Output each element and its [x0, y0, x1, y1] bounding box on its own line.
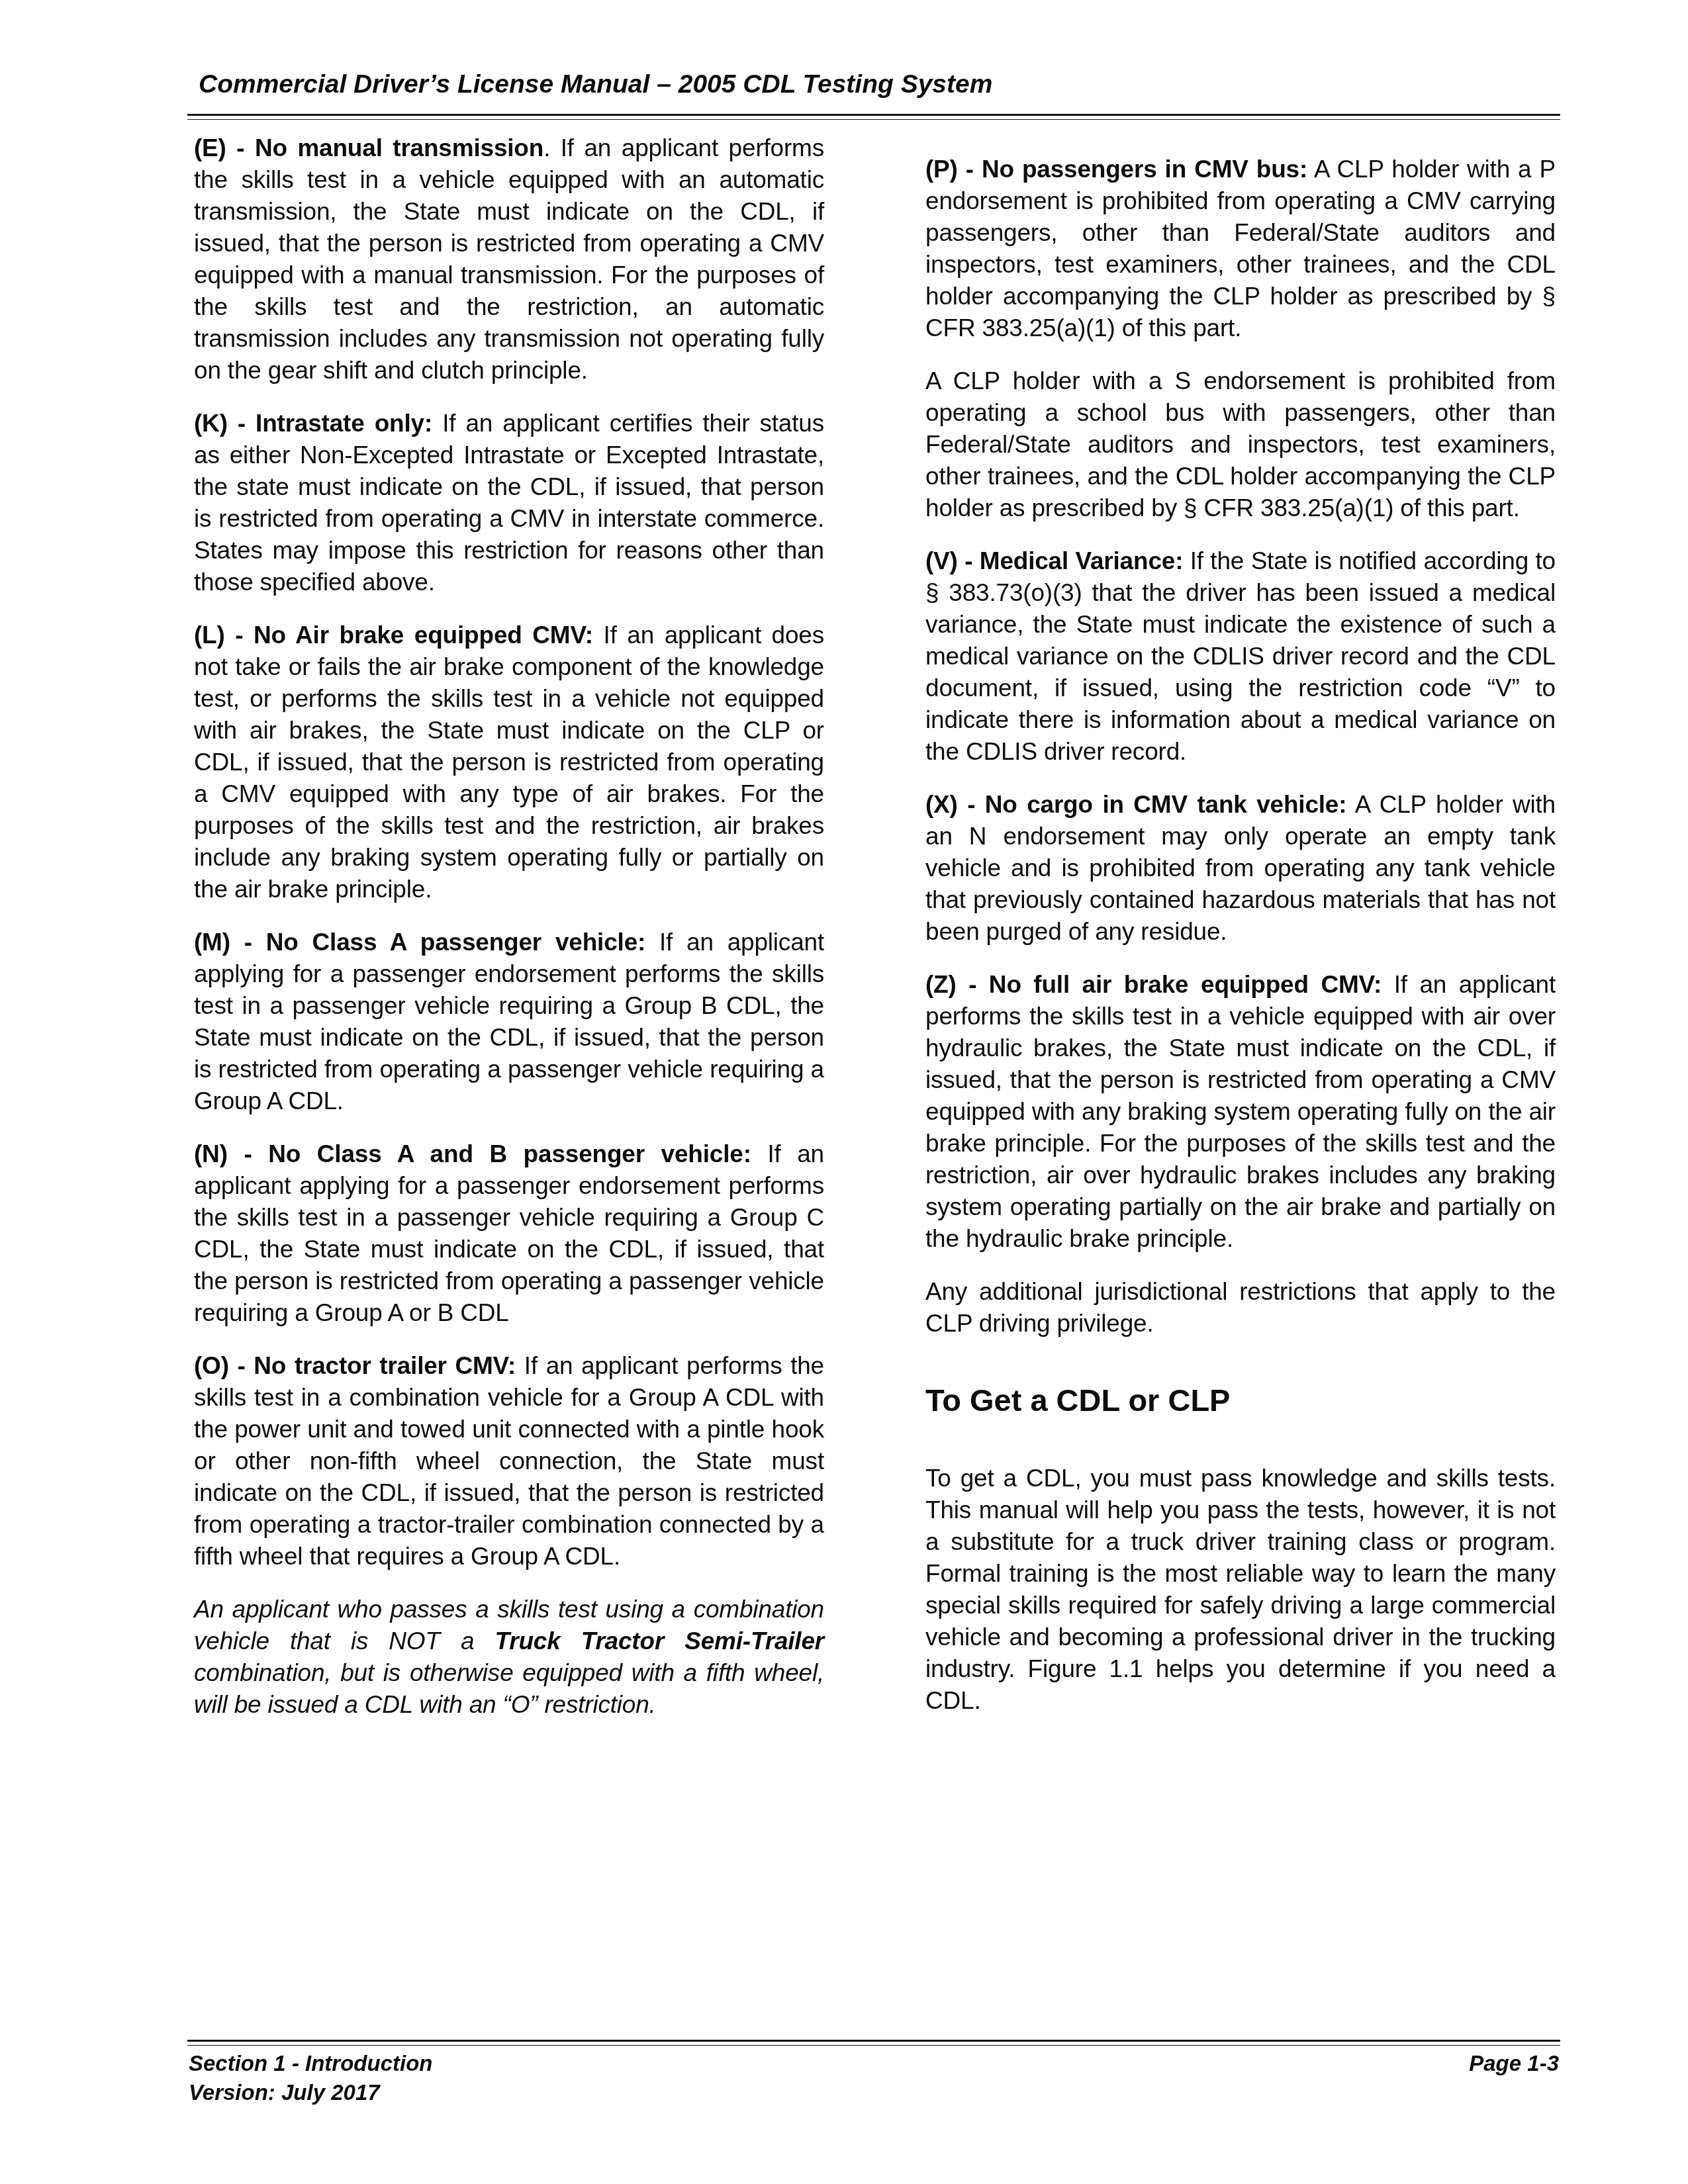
restriction-e-body: . If an applicant performs the skills te…: [194, 134, 824, 384]
restriction-n-paragraph: (N) - No Class A and B passenger vehicle…: [194, 1138, 824, 1329]
document-page: Commercial Driver’s License Manual – 200…: [0, 0, 1688, 2184]
footer-page-number: Page 1-3: [1469, 2049, 1559, 2078]
get-cdl-body: To get a CDL, you must pass knowledge an…: [925, 1465, 1556, 1714]
restriction-k-paragraph: (K) - Intrastate only: If an applicant c…: [194, 408, 824, 598]
restriction-v-paragraph: (V) - Medical Variance: If the State is …: [925, 545, 1556, 768]
restriction-z-body: If an applicant performs the skills test…: [925, 971, 1556, 1252]
note-post: combination, but is otherwise equipped w…: [194, 1659, 824, 1718]
restriction-l-body: If an applicant does not take or fails t…: [194, 621, 824, 903]
restriction-o-body: If an applicant performs the skills test…: [194, 1352, 824, 1570]
footer-divider: [187, 2040, 1560, 2046]
left-column: (E) - No manual transmission. If an appl…: [194, 132, 824, 1742]
restriction-l-paragraph: (L) - No Air brake equipped CMV: If an a…: [194, 619, 824, 905]
restriction-z-lead: (Z) - No full air brake equipped CMV:: [925, 971, 1382, 998]
restriction-k-lead: (K) - Intrastate only:: [194, 410, 432, 437]
restriction-p-lead: (P) - No passengers in CMV bus:: [925, 156, 1307, 183]
o-restriction-note-paragraph: An applicant who passes a skills test us…: [194, 1594, 824, 1721]
restriction-v-lead: (V) - Medical Variance:: [925, 547, 1183, 574]
s-endorsement-body: A CLP holder with a S endorsement is pro…: [925, 367, 1556, 522]
footer-left-block: Section 1 - Introduction Version: July 2…: [189, 2049, 433, 2107]
restriction-o-lead: (O) - No tractor trailer CMV:: [194, 1352, 516, 1379]
footer-section-label: Section 1 - Introduction: [189, 2049, 433, 2078]
restriction-l-lead: (L) - No Air brake equipped CMV:: [194, 621, 593, 649]
s-endorsement-paragraph: A CLP holder with a S endorsement is pro…: [925, 365, 1556, 524]
restriction-p-body: A CLP holder with a P endorsement is pro…: [925, 156, 1556, 341]
restriction-m-body: If an applicant applying for a passenger…: [194, 929, 824, 1115]
restriction-o-paragraph: (O) - No tractor trailer CMV: If an appl…: [194, 1350, 824, 1572]
restriction-m-paragraph: (M) - No Class A passenger vehicle: If a…: [194, 927, 824, 1117]
restriction-p-paragraph: (P) - No passengers in CMV bus: A CLP ho…: [925, 154, 1556, 344]
header-divider: [187, 114, 1560, 120]
restriction-m-lead: (M) - No Class A passenger vehicle:: [194, 929, 645, 956]
restriction-x-lead: (X) - No cargo in CMV tank vehicle:: [925, 791, 1346, 818]
jurisdictional-restrictions-paragraph: Any additional jurisdictional restrictio…: [925, 1276, 1556, 1340]
restriction-n-lead: (N) - No Class A and B passenger vehicle…: [194, 1140, 751, 1167]
right-column: (P) - No passengers in CMV bus: A CLP ho…: [925, 154, 1556, 1738]
jurisdictional-restrictions-body: Any additional jurisdictional restrictio…: [925, 1278, 1556, 1337]
restriction-z-paragraph: (Z) - No full air brake equipped CMV: If…: [925, 969, 1556, 1255]
restriction-x-paragraph: (X) - No cargo in CMV tank vehicle: A CL…: [925, 789, 1556, 948]
page-footer: Section 1 - Introduction Version: July 2…: [189, 2049, 1559, 2107]
restriction-n-body: If an applicant applying for a passenger…: [194, 1140, 824, 1326]
get-cdl-paragraph: To get a CDL, you must pass knowledge an…: [925, 1463, 1556, 1717]
note-bold: Truck Tractor Semi-Trailer: [494, 1627, 824, 1655]
restriction-e-lead: (E) - No manual transmission: [194, 134, 543, 161]
footer-version-label: Version: July 2017: [189, 2078, 433, 2107]
restriction-e-paragraph: (E) - No manual transmission. If an appl…: [194, 132, 824, 387]
page-title: Commercial Driver’s License Manual – 200…: [199, 70, 992, 99]
section-heading-to-get-a-cdl: To Get a CDL or CLP: [925, 1382, 1556, 1419]
restriction-k-body: If an applicant certifies their status a…: [194, 410, 824, 596]
restriction-v-body: If the State is notified according to § …: [925, 547, 1556, 765]
